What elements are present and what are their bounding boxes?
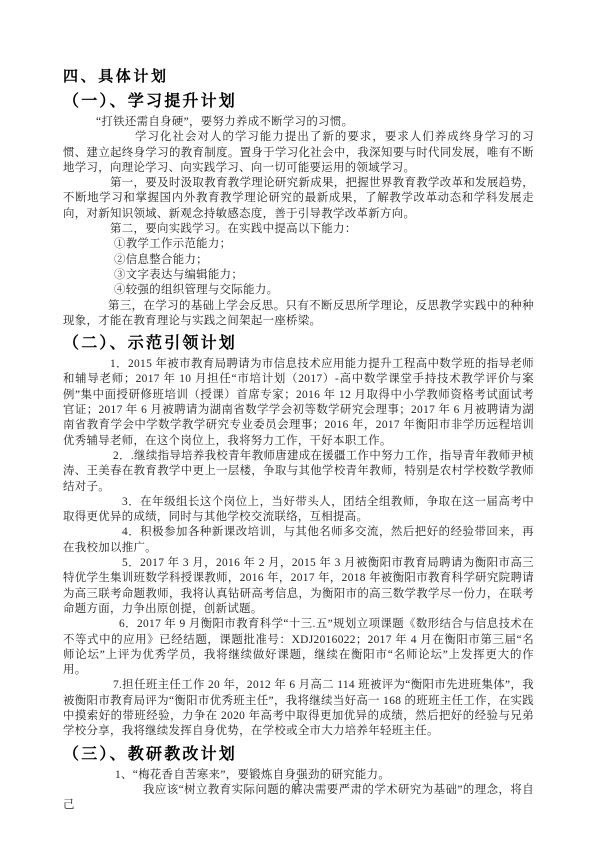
paragraph: ①教学工作示范能力； xyxy=(63,237,534,252)
section-heading: （一）、学习提升计划 xyxy=(63,91,534,112)
document-page: 四、具体计划（一）、学习提升计划“打铁还需自身硬”，要努力养成不断学习的习惯。学… xyxy=(0,0,595,842)
paragraph: 3．在年级组长这个岗位上，当好带头人，团结全组教师，争取在这一届高考中取得更优异… xyxy=(63,495,534,526)
paragraph: 第二，要向实践学习。在实践中提高以下能力： xyxy=(63,222,534,237)
paragraph: ③文字表达与编辑能力； xyxy=(63,268,534,283)
paragraph: ④较强的组织管理与交际能力。 xyxy=(63,283,534,298)
section-heading: （二）、示范引领计划 xyxy=(63,333,534,354)
section-heading: 四、具体计划 xyxy=(63,67,534,87)
paragraph: 1．2015 年被市教育局聘请为市信息技术应用能力提升工程高中数学班的指导老师和… xyxy=(63,357,534,449)
document-body: 四、具体计划（一）、学习提升计划“打铁还需自身硬”，要努力养成不断学习的习惯。学… xyxy=(63,63,534,813)
section-heading: （三）、教研教改计划 xyxy=(63,744,534,765)
paragraph: 5．2017 年 3 月，2016 年 2 月，2015 年 3 月被衡阳市教育… xyxy=(63,556,534,617)
paragraph: “打铁还需自身硬”，要努力养成不断学习的习惯。 xyxy=(63,115,534,130)
paragraph: 6．2017 年 9 月衡阳市教育科学“十三.五”规划立项课题《数形结合与信息技… xyxy=(63,617,534,678)
paragraph: 7.担任班主任工作 20 年，2012 年 6 月高二 114 班被评为“衡阳市… xyxy=(63,678,534,739)
paragraph: 第一，要及时汲取教育教学理论研究新成果，把握世界教育教学改革和发展趋势，不断地学… xyxy=(63,176,534,222)
page-number: 3 xyxy=(0,779,595,790)
paragraph: 第三，在学习的基础上学会反思。只有不断反思所学理论，反思教学实践中的种种现象，才… xyxy=(63,299,534,330)
paragraph: 2．.继续指导培养我校青年教师唐建成在援疆工作中努力工作，指导青年教师尹桢涛、王… xyxy=(63,449,534,495)
paragraph: 学习化社会对人的学习能力提出了新的要求，要求人们养成终身学习的习惯、建立起终身学… xyxy=(63,130,534,176)
paragraph: 4．积极参加各种新课改培训，与其他名师多交流，然后把好的经验带回来，再在我校加以… xyxy=(63,525,534,556)
paragraph: ②信息整合能力； xyxy=(63,253,534,268)
